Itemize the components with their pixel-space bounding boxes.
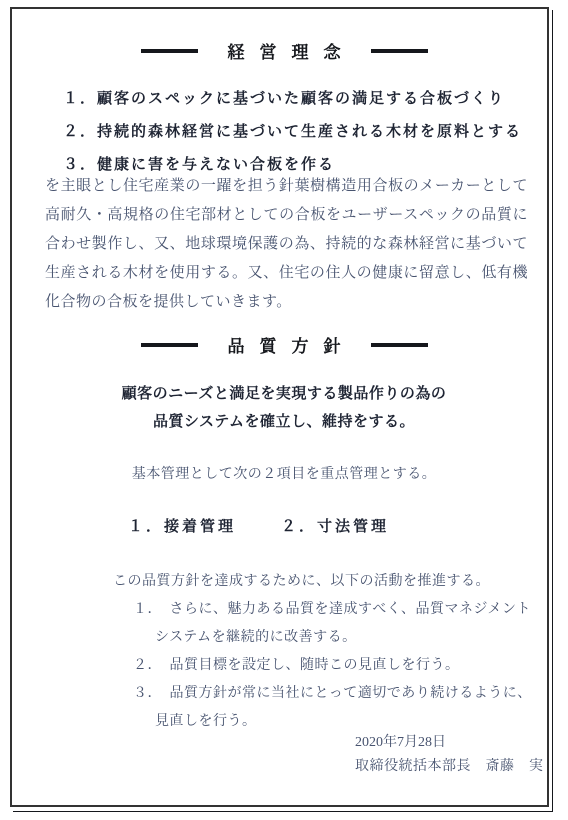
philosophy-body-line: 生産される木材を使用する。又、住宅の住人の健康に留意し、低有機 <box>45 259 528 288</box>
basic-management-note: 基本管理として次の２項目を重点管理とする。 <box>0 461 568 489</box>
activity-line: ３． 品質方針が常に当社にとって適切であり続けるように、 <box>133 680 532 708</box>
philosophy-body-line: 高耐久・高規格の住宅部材としての合板をユーザースペックの品質に <box>45 201 528 230</box>
heading-rule-right <box>371 343 428 347</box>
activities-intro: この品質方針を達成するために、以下の活動を推進する。 <box>113 568 490 596</box>
heading-rule-right <box>371 49 428 53</box>
quality-policy-heading: 品質方針 <box>0 332 568 357</box>
philosophy-items: １．顧客のスペックに基づいた顧客の満足する合板づくり ２．持続的森林経営に基づい… <box>63 83 522 182</box>
activity-line: １． さらに、魅力ある品質を達成すべく、品質マネジメント <box>133 596 532 624</box>
philosophy-item-2: ２．持続的森林経営に基づいて生産される木材を原料とする <box>63 116 522 149</box>
philosophy-body-line: 化合物の合板を提供していきます。 <box>45 288 528 317</box>
key-control-1: １．接着管理 <box>128 513 236 541</box>
document-page: 経営理念 １．顧客のスペックに基づいた顧客の満足する合板づくり ２．持続的森林経… <box>0 0 568 820</box>
quality-statement-line: 顧客のニーズと満足を実現する製品作りの為の <box>0 380 568 408</box>
philosophy-body-line: 合わせ製作し、又、地球環境保護の為、持続的な森林経営に基づいて <box>45 230 528 259</box>
heading-rule-left <box>141 49 198 53</box>
quality-statement-line: 品質システムを確立し、維持をする。 <box>0 408 568 436</box>
heading-rule-left <box>141 343 198 347</box>
activity-item-3: ３． 品質方針が常に当社にとって適切であり続けるように、 見直しを行う。 <box>133 680 532 736</box>
philosophy-body: を主眼とし住宅産業の一躍を担う針葉樹構造用合板のメーカーとして 高耐久・高規格の… <box>45 172 528 317</box>
philosophy-body-line: を主眼とし住宅産業の一躍を担う針葉樹構造用合板のメーカーとして <box>45 172 528 201</box>
philosophy-title: 経営理念 <box>228 38 356 63</box>
activity-line: ２． 品質目標を設定し、随時この見直しを行う。 <box>133 652 532 680</box>
activity-item-1: １． さらに、魅力ある品質を達成すべく、品質マネジメント システムを継続的に改善… <box>133 596 532 652</box>
activity-line: システムを継続的に改善する。 <box>155 624 532 652</box>
document-date: 2020年7月28日 <box>355 731 446 755</box>
quality-policy-title: 品質方針 <box>228 332 356 357</box>
signature-line: 取締役統括本部長 斎藤 実 <box>355 755 544 779</box>
activities-list: １． さらに、魅力ある品質を達成すべく、品質マネジメント システムを継続的に改善… <box>133 596 532 736</box>
philosophy-item-1: １．顧客のスペックに基づいた顧客の満足する合板づくり <box>63 83 522 116</box>
activity-item-2: ２． 品質目標を設定し、随時この見直しを行う。 <box>133 652 532 680</box>
activity-line: 見直しを行う。 <box>155 708 532 736</box>
quality-statement: 顧客のニーズと満足を実現する製品作りの為の 品質システムを確立し、維持をする。 <box>0 380 568 436</box>
key-controls: １．接着管理 ２．寸法管理 <box>128 513 389 541</box>
philosophy-heading: 経営理念 <box>0 38 568 63</box>
key-control-2: ２．寸法管理 <box>281 513 389 541</box>
